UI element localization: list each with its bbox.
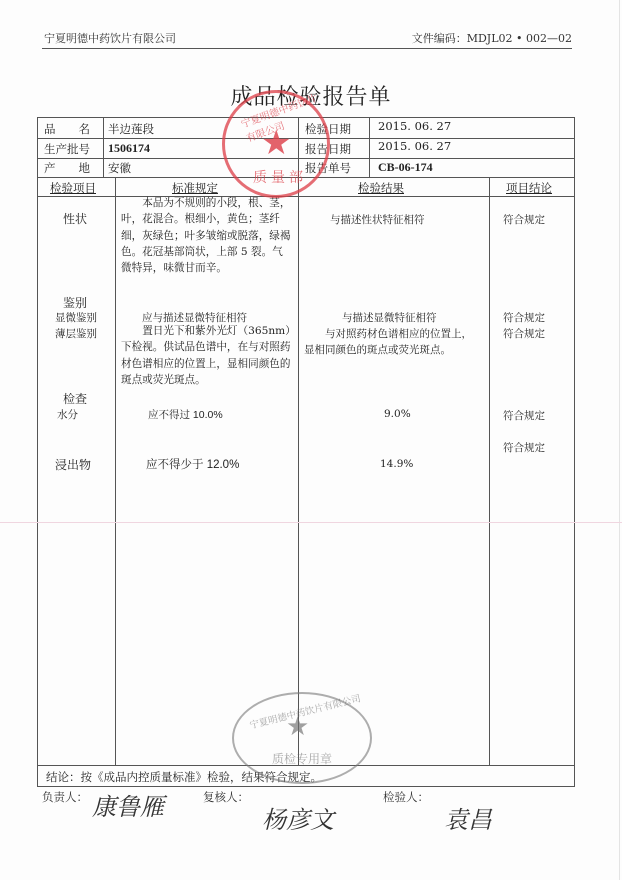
appearance-result: 与描述性状特征相符 — [330, 212, 425, 227]
extract-result: 14.9% — [380, 458, 413, 470]
inspect-date-value: 2015. 06. 27 — [378, 119, 451, 133]
identification-title: 鉴别 — [63, 294, 87, 311]
inspector-label: 检验人： — [383, 789, 429, 805]
reviewer-signature: 杨彦文 — [262, 800, 334, 835]
origin-label: 产 地 — [44, 160, 90, 176]
column-header-standard: 标准规定 — [172, 180, 218, 196]
extract-label: 浸出物 — [55, 456, 91, 473]
product-name-label: 品 名 — [44, 121, 90, 137]
moisture-label: 水分 — [57, 407, 78, 422]
tlc-result-line2: 显相同颜色的斑点或荧光斑点。 — [304, 342, 451, 357]
scan-artifact-line — [0, 522, 622, 523]
batch-value: 1506174 — [108, 141, 150, 156]
header-divider — [42, 48, 572, 49]
tlc-standard: 置日光下和紫外光灯（365nm）下检视。供试品色谱中，在与对照药材色谱相应的位置… — [121, 323, 295, 388]
quality-department-stamp: 宁夏明德中药饮片有限公司 ★ 质量部 — [222, 90, 330, 198]
inspector-signature: 袁昌 — [444, 800, 492, 835]
tlc-conclusion: 符合规定 — [503, 326, 545, 341]
star-icon: ★ — [286, 712, 309, 742]
column-header-conclusion: 项目结论 — [506, 180, 552, 196]
reviewer-label: 复核人： — [203, 789, 249, 805]
stamp-bottom-text: 质检专用章 — [272, 750, 332, 767]
responsible-signature: 康鲁雁 — [92, 787, 164, 822]
moisture-conclusion: 符合规定 — [503, 408, 545, 423]
tlc-result-line1: 与对照药材色谱相应的位置上， — [325, 326, 472, 341]
moisture-standard: 应不得过 10.0% — [148, 407, 223, 422]
tlc-identification-label: 薄层鉴别 — [55, 326, 97, 341]
stamp-center-text: 质量部 — [253, 167, 307, 187]
quality-inspection-stamp: 宁夏明德中药饮片有限公司 ★ 质检专用章 — [232, 692, 372, 784]
batch-label: 生产批号 — [44, 141, 90, 157]
micro-conclusion: 符合规定 — [503, 310, 545, 325]
micro-result: 与描述显微特征相符 — [342, 310, 437, 325]
document-code: 文件编码：MDJL02 • 002—02 — [412, 30, 572, 46]
extract-standard: 应不得少于 12.0% — [146, 456, 239, 472]
moisture-result: 9.0% — [384, 408, 411, 420]
origin-value: 安徽 — [108, 160, 131, 176]
appearance-conclusion: 符合规定 — [503, 212, 545, 227]
appearance-title: 性状 — [63, 210, 87, 227]
report-date-value: 2015. 06. 27 — [378, 139, 451, 153]
column-header-item: 检验项目 — [50, 180, 96, 196]
extract-conclusion: 符合规定 — [503, 440, 545, 455]
report-no-value: CB-06-174 — [378, 160, 433, 175]
responsible-label: 负责人： — [42, 789, 88, 805]
star-icon: ★ — [261, 123, 291, 163]
appearance-standard: 本品为不规则的小段，根、茎，叶，花混合。根细小，黄色；茎纤细，灰绿色；叶多皱缩或… — [121, 195, 293, 276]
check-title: 检查 — [63, 390, 87, 407]
micro-identification-label: 显微鉴别 — [55, 310, 97, 325]
company-name: 宁夏明德中药饮片有限公司 — [44, 30, 176, 46]
page-edge — [619, 0, 620, 880]
product-name-value: 半边莲段 — [108, 121, 154, 137]
column-header-result: 检验结果 — [358, 180, 404, 196]
